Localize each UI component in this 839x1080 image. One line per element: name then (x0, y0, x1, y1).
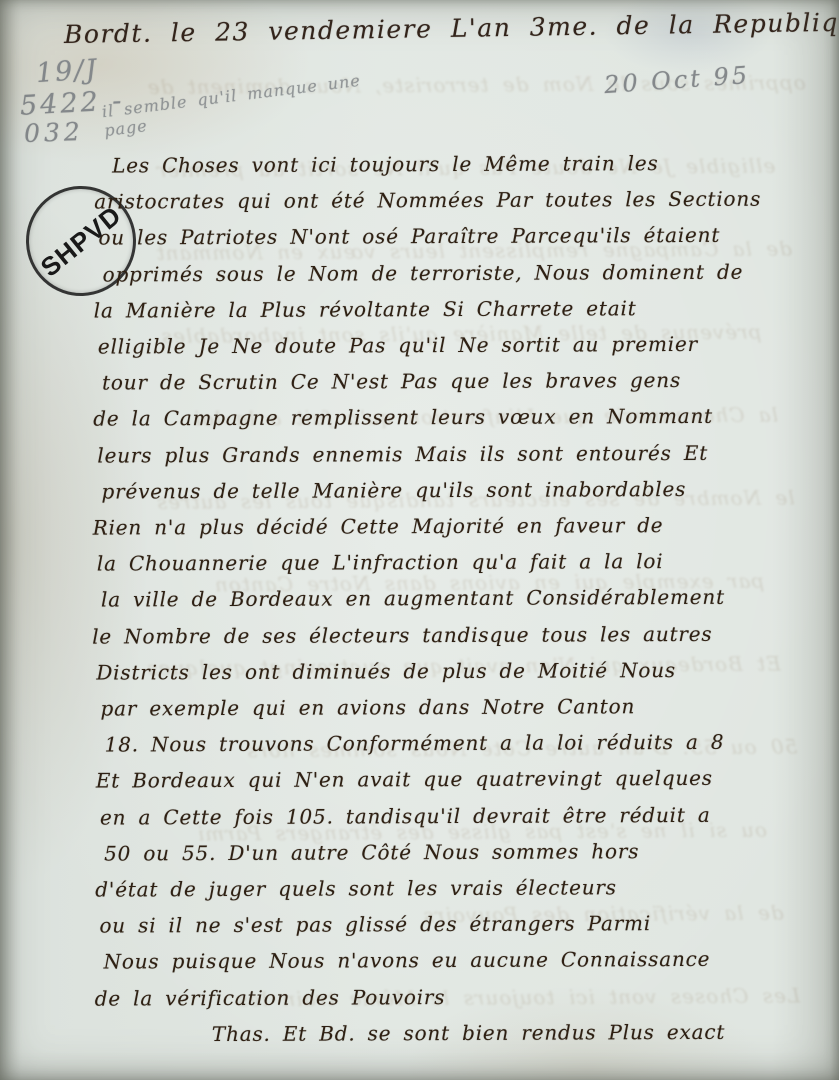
manuscript-line: la Manière la Plus révoltante Si Charret… (94, 289, 811, 328)
manuscript-line: le Nombre de ses électeurs tandisque tou… (92, 615, 812, 654)
manuscript-line: Nous puisque Nous n'avons eu aucune Conn… (104, 941, 814, 980)
manuscript-line: leurs plus Grands ennemis Mais ils sont … (97, 434, 811, 473)
manuscript-line: opprimés sous le Nom de terroriste, Nous… (103, 253, 811, 292)
manuscript-line: elligible Je Ne doute Pas qu'il Ne sorti… (98, 325, 811, 364)
manuscript-line: Rien n'a plus décidé Cette Majorité en f… (93, 506, 812, 545)
manuscript-line: 50 ou 55. D'un autre Côté Nous sommes ho… (104, 832, 813, 871)
pencil-catalog-number-3: 032 (24, 117, 85, 148)
manuscript-line: Et Bordeaux qui N'en avait que quatrevin… (96, 760, 813, 799)
manuscript-line: 18. Nous trouvons Conformément a la loi … (105, 724, 813, 763)
manuscript-line: aristocrates qui ont été Nommées Par tou… (94, 181, 810, 220)
manuscript-line: d'état de juger quels sont les vrais éle… (95, 868, 813, 907)
manuscript-line: ou si il ne s'est pas glissé des étrange… (99, 905, 813, 944)
manuscript-line: ou les Patriotes N'ont osé Paraître Parc… (98, 217, 810, 256)
manuscript-line: la Chouannerie que L'infraction qu'a fai… (97, 543, 812, 582)
pencil-catalog-number-1: 19/J (35, 54, 99, 89)
scanned-manuscript-view: opprimés sous le Nom de terroriste, Nous… (0, 0, 839, 1080)
manuscript-line: prévenus de telle Manière qu'ils sont in… (101, 470, 811, 509)
manuscript-line: de la vérification des Pouvoirs (95, 977, 814, 1016)
manuscript-line: par exemple qui en avions dans Notre Can… (100, 687, 812, 726)
manuscript-line: la ville de Bordeaux en augmentant Consi… (101, 579, 812, 618)
manuscript-line: tour de Scrutin Ce N'est Pas que les bra… (102, 362, 811, 401)
manuscript-line: Districts les ont diminués de plus de Mo… (96, 651, 812, 690)
manuscript-page: opprimés sous le Nom de terroriste, Nous… (0, 0, 839, 1080)
manuscript-line: Les Choses vont ici toujours le Même tra… (112, 144, 810, 183)
manuscript-line: de la Campagne remplissent leurs vœux en… (93, 398, 811, 437)
manuscript-line: en a Cette fois 105. tandisqu'il devrait… (100, 796, 813, 835)
manuscript-line: Thas. Et Bd. se sont bien rendus Plus ex… (212, 1013, 814, 1052)
letter-body: Les Choses vont ici toujours le Même tra… (90, 144, 814, 1052)
